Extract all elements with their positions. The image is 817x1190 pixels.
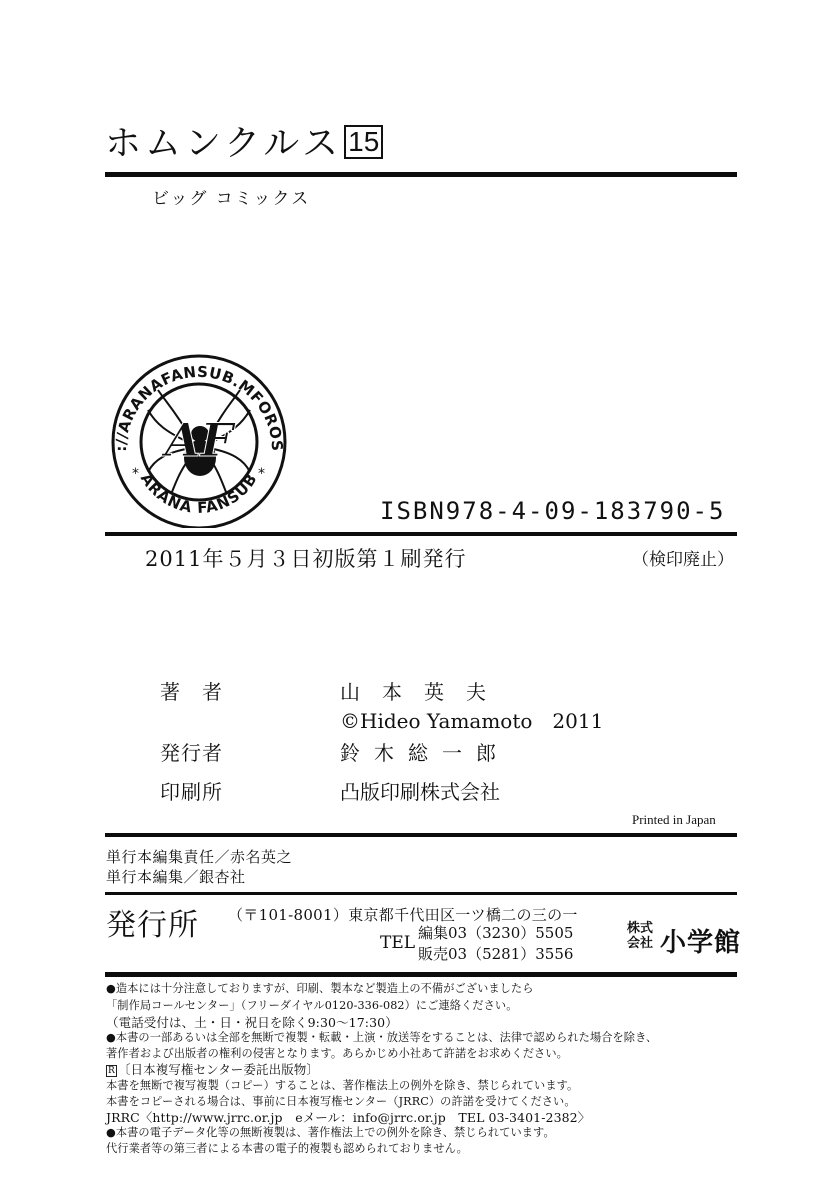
volume-badge: 15 bbox=[344, 125, 383, 159]
credit-value: 鈴木総一郎 bbox=[340, 737, 510, 766]
company-type: 株式会社 bbox=[627, 921, 657, 951]
notice-line: 代行業者等の第三者による本書の電子的複製も認められておりません。 bbox=[106, 1140, 468, 1156]
seal-note: （検印廃止） bbox=[632, 545, 734, 570]
credit-label: 著 者 bbox=[160, 676, 223, 705]
registered-mark-icon: R bbox=[106, 1065, 117, 1077]
svg-text:*: * bbox=[132, 466, 139, 482]
credit-value: 山本英夫 bbox=[340, 676, 508, 705]
editors-rule bbox=[105, 892, 737, 895]
credit-value: 凸版印刷株式会社 bbox=[340, 776, 500, 805]
editor-in-charge: 単行本編集責任／赤名英之 bbox=[106, 846, 292, 867]
publisher-name: 小学館 bbox=[660, 922, 741, 959]
notice-line: 本書をコピーされる場合は、事前に日本複写権センター（JRRC）の許諾を受けてくだ… bbox=[106, 1093, 576, 1109]
imprint-label: ビッグ コミックス bbox=[152, 184, 310, 209]
notice-line: R〔日本複写権センター委託出版物〕 bbox=[106, 1060, 319, 1078]
fansub-stamp: HTTP://ARANAFANSUB.MFOROS.COM ARAÑA FANS… bbox=[96, 352, 302, 528]
title-rule bbox=[105, 172, 737, 177]
notice-line: 「制作局コールセンター」（フリーダイヤル0120-336-082）にご連絡くださ… bbox=[106, 997, 518, 1013]
tel-editorial: 編集03（3230）5505 bbox=[418, 922, 573, 943]
svg-text:ARAÑA FANSUB: ARAÑA FANSUB bbox=[137, 470, 261, 517]
svg-text:AF: AF bbox=[161, 413, 237, 467]
book-title-text: ホムンクルス bbox=[105, 123, 342, 164]
notice-line: ●本書の電子データ化等の無断複製は、著作権法上での例外を除き、禁じられています。 bbox=[106, 1124, 555, 1140]
printed-in-japan: Printed in Japan bbox=[632, 812, 716, 828]
credit-value: ©Hideo Yamamoto 2011 bbox=[340, 705, 603, 734]
isbn-number: ISBN978-4-09-183790-5 bbox=[380, 497, 725, 525]
notice-line: ●本書の一部あるいは全部を無断で複製・転載・上演・放送等をすることは、法律で認め… bbox=[106, 1029, 657, 1045]
publisher-heading: 発行所 bbox=[106, 900, 199, 944]
credits-rule bbox=[105, 833, 737, 837]
tel-sales: 販売03（5281）3556 bbox=[418, 943, 573, 964]
notice-line: ●造本には十分注意しておりますが、印刷、製本など製造上の不備がございましたら bbox=[106, 980, 534, 996]
credit-label: 印刷所 bbox=[160, 776, 223, 805]
book-title: ホムンクルス15 bbox=[105, 122, 383, 166]
isbn-rule bbox=[105, 532, 737, 536]
credit-label: 発行者 bbox=[160, 737, 223, 766]
publisher-rule bbox=[105, 972, 737, 977]
tel-label: TEL bbox=[380, 933, 415, 953]
editorial-company: 単行本編集／銀杏社 bbox=[106, 866, 246, 887]
notice-line: 本書を無断で複写複製（コピー）することは、著作権法上の例外を除き、禁じられていま… bbox=[106, 1077, 578, 1093]
notice-text: 〔日本複写権センター委託出版物〕 bbox=[118, 1062, 319, 1077]
first-print-date: 2011年５月３日初版第１刷発行 bbox=[145, 543, 466, 573]
svg-text:*: * bbox=[258, 466, 265, 482]
notice-line: 著作者および出版者の権利の侵害となります。あらかじめ小社あて許諾をお求めください… bbox=[106, 1045, 568, 1061]
